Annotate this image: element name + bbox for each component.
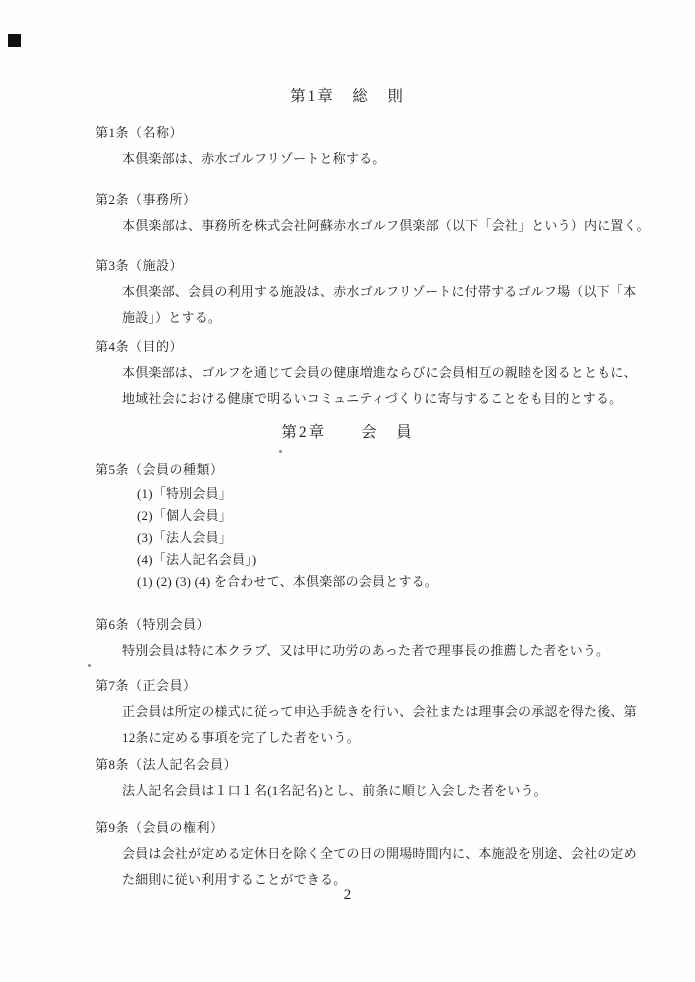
list-item: (2)「個人会員」 <box>137 505 438 527</box>
article-2-body: 本倶楽部は、事務所を株式会社阿蘇赤水ゴルフ倶楽部（以下「会社」という）内に置く。 <box>95 213 650 239</box>
article-4-body: 本倶楽部は、ゴルフを通じて会員の健康増進ならびに会員相互の親睦を図るとともに、 … <box>95 360 637 412</box>
article-7-body: 正会員は所定の様式に従って申込手続きを行い、会社または理事会の承認を得た後、第 … <box>95 699 637 751</box>
text-line: 本倶楽部は、事務所を株式会社阿蘇赤水ゴルフ倶楽部（以下「会社」という）内に置く。 <box>122 213 650 239</box>
scan-speck <box>88 664 91 667</box>
article-5: 第5条（会員の種類） (1)「特別会員」 (2)「個人会員」 (3)「法人会員」… <box>95 457 438 593</box>
article-3-body: 本倶楽部、会員の利用する施設は、赤水ゴルフリゾートに付帯するゴルフ場（以下「本 … <box>95 279 636 331</box>
text-line: 本倶楽部、会員の利用する施設は、赤水ゴルフリゾートに付帯するゴルフ場（以下「本 <box>122 279 636 305</box>
list-item: (4)「法人記名会員」) <box>137 549 438 571</box>
article-3-heading: 第3条（施設） <box>95 253 636 279</box>
list-item: (3)「法人会員」 <box>137 527 438 549</box>
scanned-document-page: 第1章 総 則 第1条（名称） 本倶楽部は、赤水ゴルフリゾートと称する。 第2条… <box>0 0 695 982</box>
text-line: 本倶楽部は、赤水ゴルフリゾートと称する。 <box>122 146 385 172</box>
text-line: 会員は会社が定める定休日を除く全ての日の開場時間内に、本施設を別途、会社の定め <box>122 841 637 867</box>
text-line: 施設」）とする。 <box>122 305 636 331</box>
article-9-heading: 第9条（会員の権利） <box>95 815 637 841</box>
article-1: 第1条（名称） 本倶楽部は、赤水ゴルフリゾートと称する。 <box>95 120 385 172</box>
article-6: 第6条（特別会員） 特別会員は特に本クラブ、又は甲に功労のあった者で理事長の推薦… <box>95 612 609 664</box>
article-6-body: 特別会員は特に本クラブ、又は甲に功労のあった者で理事長の推薦した者をいう。 <box>95 638 609 664</box>
article-3: 第3条（施設） 本倶楽部、会員の利用する施設は、赤水ゴルフリゾートに付帯するゴル… <box>95 253 636 331</box>
text-line: 正会員は所定の様式に従って申込手続きを行い、会社または理事会の承認を得た後、第 <box>122 699 637 725</box>
article-2-heading: 第2条（事務所） <box>95 187 650 213</box>
article-6-heading: 第6条（特別会員） <box>95 612 609 638</box>
article-8-body: 法人記名会員は１口１名(1名記名)とし、前条に順じ入会した者をいう。 <box>95 778 547 804</box>
text-line: 法人記名会員は１口１名(1名記名)とし、前条に順じ入会した者をいう。 <box>122 778 547 804</box>
article-5-member-type-list: (1)「特別会員」 (2)「個人会員」 (3)「法人会員」 (4)「法人記名会員… <box>95 483 438 593</box>
article-8: 第8条（法人記名会員） 法人記名会員は１口１名(1名記名)とし、前条に順じ入会し… <box>95 752 547 804</box>
chapter-2-heading: 第2章 会 員 <box>0 420 695 446</box>
article-5-heading: 第5条（会員の種類） <box>95 457 438 483</box>
chapter-1-heading: 第1章 総 則 <box>0 84 695 110</box>
page-number: 2 <box>0 882 695 908</box>
article-2: 第2条（事務所） 本倶楽部は、事務所を株式会社阿蘇赤水ゴルフ倶楽部（以下「会社」… <box>95 187 650 239</box>
scan-speck <box>279 450 282 453</box>
text-line: 特別会員は特に本クラブ、又は甲に功労のあった者で理事長の推薦した者をいう。 <box>122 638 609 664</box>
article-8-heading: 第8条（法人記名会員） <box>95 752 547 778</box>
article-1-heading: 第1条（名称） <box>95 120 385 146</box>
article-4: 第4条（目的） 本倶楽部は、ゴルフを通じて会員の健康増進ならびに会員相互の親睦を… <box>95 334 637 412</box>
article-7: 第7条（正会員） 正会員は所定の様式に従って申込手続きを行い、会社または理事会の… <box>95 673 637 751</box>
scan-artifact-square <box>8 34 21 47</box>
text-line: 本倶楽部は、ゴルフを通じて会員の健康増進ならびに会員相互の親睦を図るとともに、 <box>122 360 637 386</box>
article-4-heading: 第4条（目的） <box>95 334 637 360</box>
list-item: (1)「特別会員」 <box>137 483 438 505</box>
text-line: 地域社会における健康で明るいコミュニティづくりに寄与することをも目的とする。 <box>122 386 637 412</box>
text-line: 12条に定める事項を完了した者をいう。 <box>122 725 637 751</box>
article-7-heading: 第7条（正会員） <box>95 673 637 699</box>
article-1-body: 本倶楽部は、赤水ゴルフリゾートと称する。 <box>95 146 385 172</box>
list-item: (1) (2) (3) (4) を合わせて、本倶楽部の会員とする。 <box>137 571 438 593</box>
